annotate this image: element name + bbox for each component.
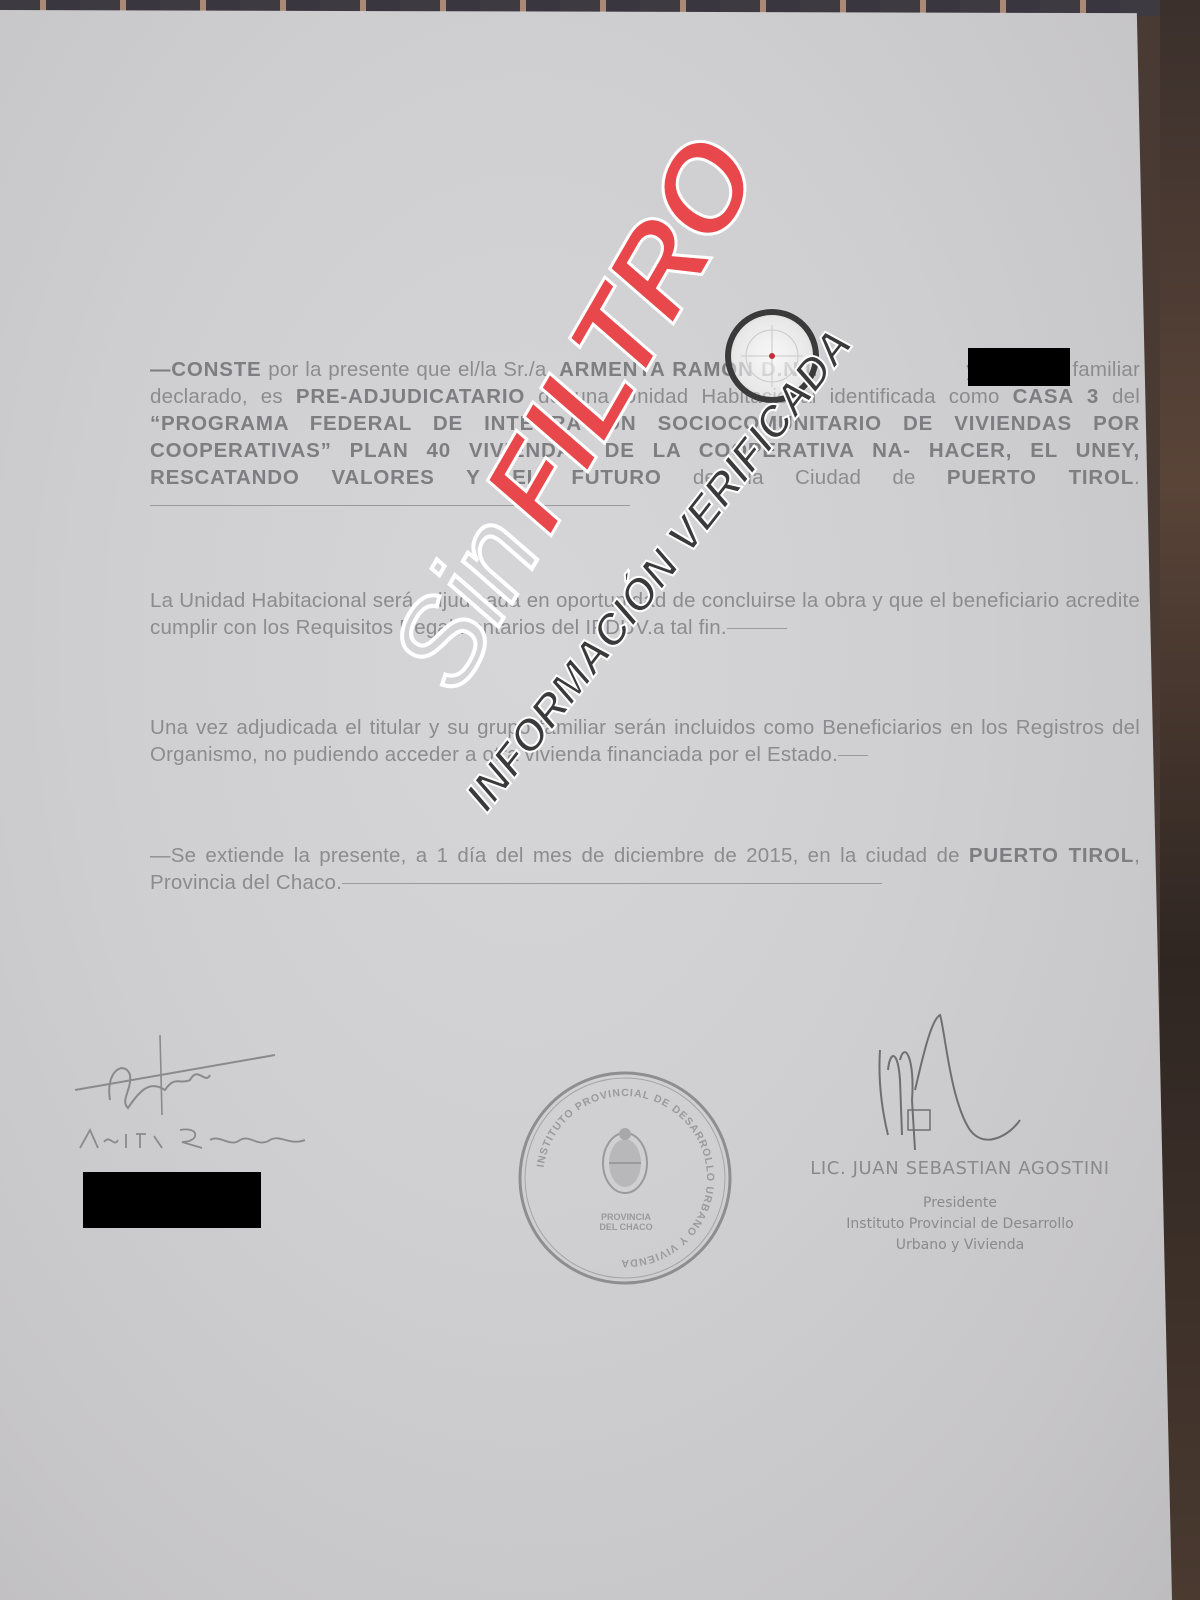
paragraph-issued: —Se extiende la presente, a 1 día del me…: [150, 842, 1140, 896]
redaction-dni: [968, 348, 1070, 386]
paragraph-registry: Una vez adjudicada el titular y su grupo…: [150, 714, 1140, 768]
document-page: [0, 10, 1172, 1600]
signer-role: Presidente: [790, 1193, 1130, 1214]
beneficiary-signature: [70, 1030, 330, 1160]
president-signature: [860, 1010, 1040, 1160]
signer-block: LIC. JUAN SEBASTIAN AGOSTINI Presidente …: [790, 1158, 1130, 1256]
signer-org-line2: Urbano y Vivienda: [790, 1235, 1130, 1256]
city-name: PUERTO TIROL: [947, 466, 1134, 489]
status-label: PRE-ADJUDICATARIO: [296, 385, 525, 408]
fill-line: [150, 505, 630, 506]
signer-org-line1: Instituto Provincial de Desarrollo: [790, 1214, 1130, 1235]
text: .: [1134, 466, 1140, 489]
house-label: CASA 3: [1013, 385, 1099, 408]
fill-line: [838, 755, 868, 756]
text: del: [1099, 385, 1140, 408]
target-icon: [724, 308, 820, 404]
redaction-signer-dni: [83, 1172, 261, 1228]
seal-province: PROVINCIA: [588, 1212, 664, 1222]
seal-center-label: PROVINCIA DEL CHACO: [588, 1212, 664, 1232]
text: —Se extiende la presente, a 1 día del me…: [150, 844, 969, 867]
signer-title: Presidente Instituto Provincial de Desar…: [790, 1193, 1130, 1256]
text: por la presente que el/la Sr./a.: [262, 358, 560, 381]
signer-name: LIC. JUAN SEBASTIAN AGOSTINI: [790, 1158, 1130, 1179]
text: Una vez adjudicada el titular y su grupo…: [150, 716, 1140, 766]
fill-line: [727, 628, 787, 629]
seal-chaco: DEL CHACO: [588, 1222, 664, 1232]
fill-line: [342, 883, 882, 884]
city-name: PUERTO TIROL: [969, 844, 1134, 867]
text: La Unidad Habitacional será adjudicada e…: [150, 589, 1140, 639]
paragraph-adjudication: La Unidad Habitacional será adjudicada e…: [150, 587, 1140, 641]
institute-seal: INSTITUTO PROVINCIAL DE DESARROLLO URBAN…: [515, 1068, 735, 1288]
conste-label: —CONSTE: [150, 358, 262, 381]
text: de la Ciudad de: [662, 466, 947, 489]
